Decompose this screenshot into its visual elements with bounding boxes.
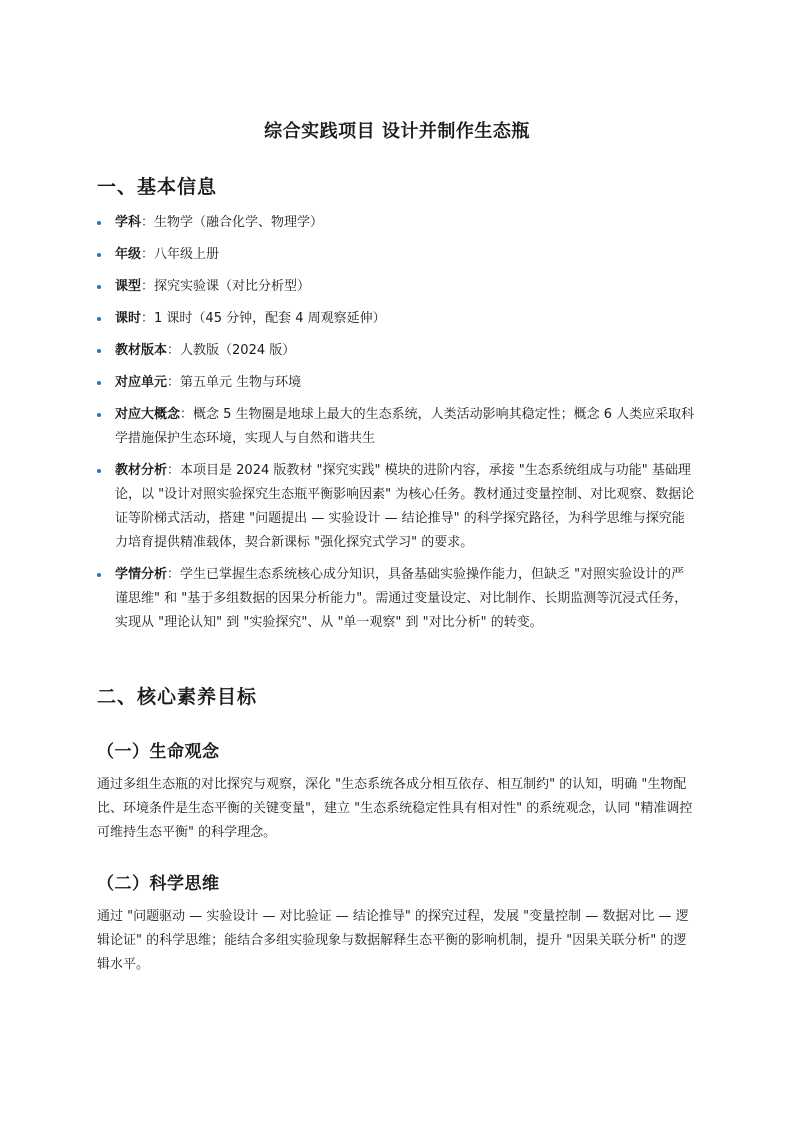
item-value: 生物学（融合化学、物理学） (154, 215, 323, 230)
bullet-icon (97, 381, 101, 385)
bullet-icon (97, 317, 101, 321)
list-item-grade: 年级：八年级上册 (97, 243, 697, 267)
item-label: 学科 (115, 215, 141, 230)
bullet-icon (97, 253, 101, 257)
item-value: 概念 5 生物圈是地球上最大的生态系统，人类活动影响其稳定性；概念 6 人类应采… (115, 407, 694, 446)
item-separator: ： (141, 247, 154, 262)
list-item-big-concept: 对应大概念：概念 5 生物圈是地球上最大的生态系统，人类活动影响其稳定性；概念 … (97, 403, 697, 451)
item-label: 教材版本 (115, 343, 167, 358)
item-label: 对应大概念 (115, 407, 180, 422)
list-item-student-analysis: 学情分析：学生已掌握生态系统核心成分知识，具备基础实验操作能力，但缺乏 "对照实… (97, 563, 697, 635)
document-title: 综合实践项目 设计并制作生态瓶 (97, 117, 697, 143)
bullet-icon (97, 221, 101, 225)
bullet-icon (97, 573, 101, 577)
item-separator: ： (167, 463, 180, 478)
item-label: 课型 (115, 279, 141, 294)
item-value: 学生已掌握生态系统核心成分知识，具备基础实验操作能力，但缺乏 "对照实验设计的严… (115, 567, 687, 630)
item-label: 课时 (115, 311, 141, 326)
item-label: 年级 (115, 247, 141, 262)
item-value: 本项目是 2024 版教材 "探究实践" 模块的进阶内容，承接 "生态系统组成与… (115, 463, 694, 550)
section-heading-core-literacy: 二、核心素养目标 (97, 682, 257, 709)
list-item-textbook-edition: 教材版本：人教版（2024 版） (97, 339, 697, 363)
item-separator: ： (167, 375, 180, 390)
item-value: 人教版（2024 版） (180, 343, 295, 358)
item-value: 探究实验课（对比分析型） (154, 279, 310, 294)
item-separator: ： (180, 407, 193, 422)
bullet-icon (97, 349, 101, 353)
subsection-heading-life-concept: （一）生命观念 (97, 737, 220, 762)
paragraph-life-concept: 通过多组生态瓶的对比探究与观察，深化 "生态系统各成分相互依存、相互制约" 的认… (97, 773, 697, 845)
subsection-heading-scientific-thinking: （二）科学思维 (97, 869, 220, 894)
list-item-subject: 学科：生物学（融合化学、物理学） (97, 211, 697, 235)
list-item-class-hours: 课时：1 课时（45 分钟，配套 4 周观察延伸） (97, 307, 697, 331)
section-heading-basic-info: 一、基本信息 (97, 172, 217, 199)
item-separator: ： (141, 311, 154, 326)
item-separator: ： (141, 215, 154, 230)
item-separator: ： (167, 343, 180, 358)
item-value: 1 课时（45 分钟，配套 4 周观察延伸） (154, 311, 386, 326)
item-label: 对应单元 (115, 375, 167, 390)
list-item-textbook-analysis: 教材分析：本项目是 2024 版教材 "探究实践" 模块的进阶内容，承接 "生态… (97, 459, 697, 555)
bullet-icon (97, 285, 101, 289)
bullet-icon (97, 469, 101, 473)
item-separator: ： (167, 567, 180, 582)
bullet-icon (97, 413, 101, 417)
item-separator: ： (141, 279, 154, 294)
list-item-lesson-type: 课型：探究实验课（对比分析型） (97, 275, 697, 299)
item-value: 第五单元 生物与环境 (180, 375, 301, 390)
paragraph-scientific-thinking: 通过 "问题驱动 — 实验设计 — 对比验证 — 结论推导" 的探究过程，发展 … (97, 905, 697, 977)
list-item-unit: 对应单元：第五单元 生物与环境 (97, 371, 697, 395)
basic-info-list: 学科：生物学（融合化学、物理学） 年级：八年级上册 课型：探究实验课（对比分析型… (97, 211, 697, 643)
item-label: 教材分析 (115, 463, 167, 478)
item-label: 学情分析 (115, 567, 167, 582)
item-value: 八年级上册 (154, 247, 219, 262)
